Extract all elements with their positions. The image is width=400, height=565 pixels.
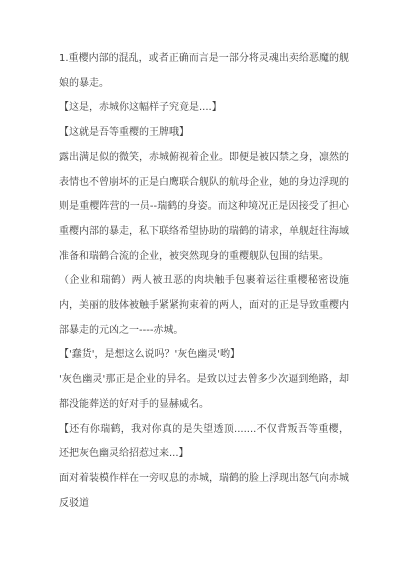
paragraph-dialogue-1: 【这是，赤城你这幅样子究竟是....】 [59, 96, 349, 121]
paragraph-narration-3: '灰色幽灵'那正是企业的异名。是致以过去曾多少次逼到绝路，却都没能葬送的好对手的… [59, 368, 349, 417]
paragraph-dialogue-2: 【这就是吾等重樱的王牌哦】 [59, 121, 349, 146]
paragraph-narration-2: （企业和瑞鹤）两人被丑恶的肉块触手包裹着运往重樱秘密设施内，美丽的肢体被触手紧紧… [59, 269, 349, 343]
paragraph-narration-4: 面对着装模作样在一旁叹息的赤城，瑞鹤的脸上浮现出怒气向赤城反驳道 [59, 467, 349, 516]
document-page: 1.重樱内部的混乱，或者正确而言是一部分将灵魂出卖给恶魔的舰娘的暴走。 【这是，… [0, 0, 400, 565]
paragraph-numbered-intro: 1.重樱内部的混乱，或者正确而言是一部分将灵魂出卖给恶魔的舰娘的暴走。 [59, 47, 349, 96]
paragraph-dialogue-3: 【'蠢货'，是想这么说吗？'灰色幽灵'哟】 [59, 343, 349, 368]
paragraph-narration-1: 露出满足似的微笑，赤城俯视着企业。即便是被囚禁之身，凛然的表情也不曾崩坏的正是白… [59, 146, 349, 270]
paragraph-dialogue-4: 【还有你瑞鹤，我对你真的是失望透顶.......不仅背叛吾等重樱，还把灰色幽灵给… [59, 418, 349, 467]
